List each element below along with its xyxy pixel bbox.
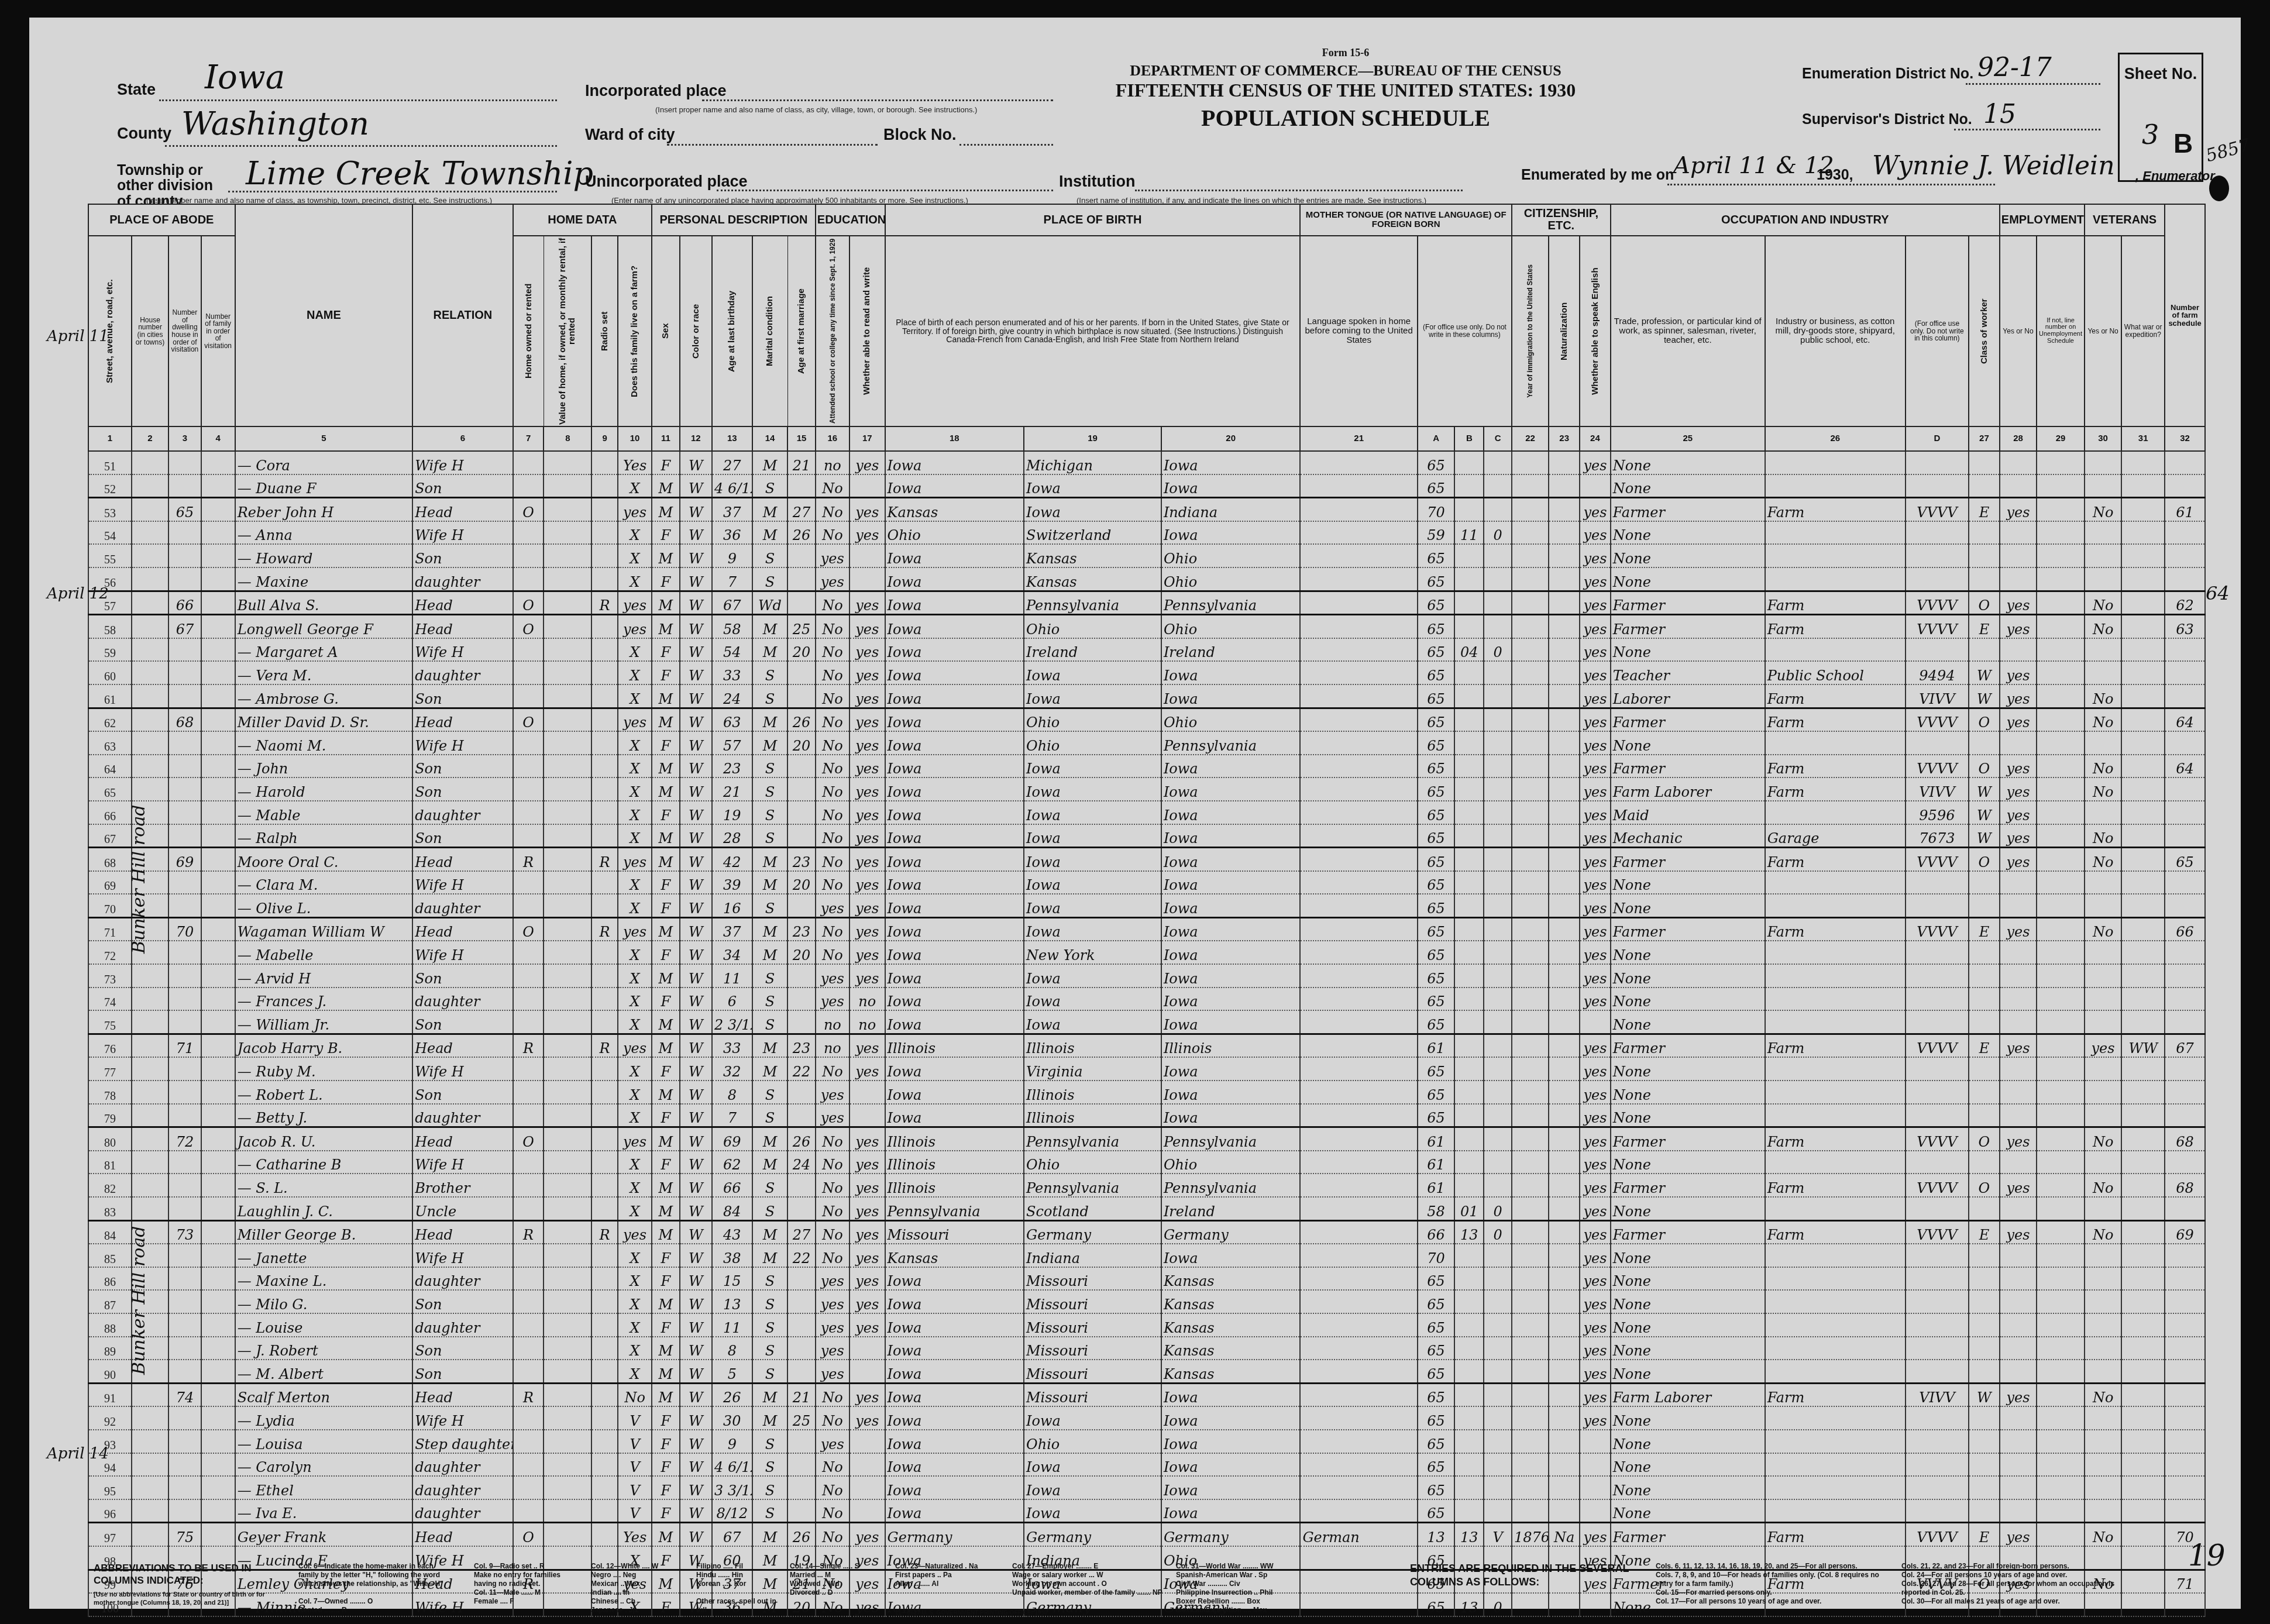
cell-code: VVVV xyxy=(1906,591,1969,615)
cell-natur xyxy=(1549,1010,1580,1034)
cell-relation: Wife H xyxy=(412,521,513,545)
cell-name: — Anna xyxy=(235,521,412,545)
cell-cB xyxy=(1454,1476,1484,1499)
state-line xyxy=(159,99,557,101)
cell-sex: M xyxy=(652,1337,679,1360)
census-row: 8072Jacob R. U.HeadOyesMW69M26NoyesIllin… xyxy=(88,1127,2205,1151)
block-line xyxy=(959,144,1053,146)
cell-cC xyxy=(1484,591,1512,615)
cell-school: No xyxy=(816,777,849,801)
cell-industry: Farm xyxy=(1765,1523,1906,1546)
cell-farm-sched xyxy=(2165,941,2205,964)
cell-occupation: None xyxy=(1611,451,1765,474)
cell-name: — Catharine B xyxy=(235,1151,412,1174)
cell-unemp xyxy=(2037,1313,2085,1337)
cell-owned xyxy=(513,1476,544,1499)
cell-family xyxy=(201,1010,235,1034)
cell-family xyxy=(201,871,235,894)
cell-mother: Iowa xyxy=(1161,1430,1301,1453)
cell-mother: Iowa xyxy=(1161,1010,1301,1034)
enumerator-name: Wynnie J. Weidlein xyxy=(1872,151,2115,181)
cell-class: W xyxy=(1969,801,2000,824)
cell-owned xyxy=(513,1197,544,1220)
cell-age-marr xyxy=(787,1360,816,1383)
cell-name: — Lydia xyxy=(235,1406,412,1430)
cell-war xyxy=(2121,1383,2165,1406)
cell-industry: Farm xyxy=(1765,615,1906,638)
cell-war xyxy=(2121,1360,2165,1383)
cell-tongue xyxy=(1300,1081,1418,1104)
cell-unemp xyxy=(2037,1081,2085,1104)
cell-radio xyxy=(591,1151,618,1174)
cell-english: yes xyxy=(1580,1337,1611,1360)
cell-tongue xyxy=(1300,521,1418,545)
cell-radio xyxy=(591,731,618,755)
cell-english: yes xyxy=(1580,988,1611,1011)
cell-race: W xyxy=(680,917,712,941)
cell-birth: Iowa xyxy=(885,824,1024,848)
group-place-of-abode: PLACE OF ABODE xyxy=(88,204,235,236)
cell-relation: daughter xyxy=(412,801,513,824)
cell-school: No xyxy=(816,1383,849,1406)
cell-birth: Iowa xyxy=(885,1499,1024,1523)
cell-marital: S xyxy=(752,801,788,824)
cell-age-marr: 20 xyxy=(787,638,816,662)
line-number: 81 xyxy=(88,1151,132,1174)
cell-english: yes xyxy=(1580,1244,1611,1267)
cell-age-marr xyxy=(787,894,816,917)
cell-english: yes xyxy=(1580,1313,1611,1337)
cell-work xyxy=(2000,1453,2037,1477)
cell-cA: 65 xyxy=(1418,1081,1454,1104)
cell-relation: Head xyxy=(412,1523,513,1546)
cell-family xyxy=(201,544,235,567)
cell-dwelling: 72 xyxy=(168,1127,201,1151)
cell-cB xyxy=(1454,1383,1484,1406)
cell-birth: Iowa xyxy=(885,1337,1024,1360)
cell-industry: Farm xyxy=(1765,917,1906,941)
cell-name: — Naomi M. xyxy=(235,731,412,755)
cell-race: W xyxy=(680,684,712,708)
col-9-header: Radio set xyxy=(591,236,618,426)
cell-class xyxy=(1969,474,2000,498)
cell-race: W xyxy=(680,1476,712,1499)
cell-value xyxy=(544,1034,591,1057)
cell-father: Iowa xyxy=(1024,917,1161,941)
cell-age: 21 xyxy=(712,777,752,801)
cell-house xyxy=(132,1383,168,1406)
cell-cA: 65 xyxy=(1418,1476,1454,1499)
cell-occupation: None xyxy=(1611,1010,1765,1034)
cell-mother: Ohio xyxy=(1161,615,1301,638)
cell-farm: X xyxy=(618,1151,652,1174)
cell-age: 7 xyxy=(712,1104,752,1127)
cell-race: W xyxy=(680,1151,712,1174)
sheet-label: Sheet No. xyxy=(2120,65,2202,83)
cell-unemp xyxy=(2037,591,2085,615)
cell-owned xyxy=(513,777,544,801)
cell-birth: Iowa xyxy=(885,1430,1024,1453)
cell-war xyxy=(2121,871,2165,894)
cell-sex: F xyxy=(652,1499,679,1523)
cell-farm-sched xyxy=(2165,1313,2205,1337)
cell-war xyxy=(2121,848,2165,871)
cell-sex: F xyxy=(652,1476,679,1499)
col-number: 24 xyxy=(1580,426,1611,451)
cell-marital: M xyxy=(752,731,788,755)
cell-birth: Iowa xyxy=(885,801,1024,824)
census-row: 89— J. RobertSonXMW8SyesIowaMissouriKans… xyxy=(88,1337,2205,1360)
cell-vet xyxy=(2085,894,2121,917)
cell-radio xyxy=(591,1057,618,1081)
cell-tongue xyxy=(1300,638,1418,662)
group-veterans: VETERANS xyxy=(2085,204,2165,236)
cell-immig xyxy=(1512,988,1549,1011)
cell-code: VVVV xyxy=(1906,1034,1969,1057)
cell-war xyxy=(2121,708,2165,731)
cell-vet: No xyxy=(2085,708,2121,731)
cell-immig xyxy=(1512,871,1549,894)
cell-birth: Illinois xyxy=(885,1174,1024,1197)
cell-relation: Uncle xyxy=(412,1197,513,1220)
cell-father: Iowa xyxy=(1024,1476,1161,1499)
cell-name: — Carolyn xyxy=(235,1453,412,1477)
cell-cC xyxy=(1484,1290,1512,1313)
cell-natur: Na xyxy=(1549,1523,1580,1546)
cell-industry: Farm xyxy=(1765,498,1906,521)
cell-read: yes xyxy=(849,521,885,545)
cell-immig xyxy=(1512,498,1549,521)
footer-col27: Col. 27—Employer ........ E Wage or sala… xyxy=(1012,1562,1164,1597)
cell-farm: X xyxy=(618,894,652,917)
form-number: Form 15-6 xyxy=(1024,47,1667,59)
cell-cA: 65 xyxy=(1418,451,1454,474)
cell-farm-sched xyxy=(2165,451,2205,474)
cell-birth: Kansas xyxy=(885,498,1024,521)
cell-cC xyxy=(1484,1267,1512,1291)
cell-relation: Head xyxy=(412,917,513,941)
cell-cB xyxy=(1454,615,1484,638)
cell-age-marr: 20 xyxy=(787,941,816,964)
cell-father: Indiana xyxy=(1024,1244,1161,1267)
cell-code xyxy=(1906,1476,1969,1499)
cell-immig xyxy=(1512,824,1549,848)
cell-tongue xyxy=(1300,1010,1418,1034)
cell-school: No xyxy=(816,1220,849,1244)
cell-class xyxy=(1969,871,2000,894)
cell-tongue xyxy=(1300,1313,1418,1337)
cell-birth: Iowa xyxy=(885,871,1024,894)
cell-farm: X xyxy=(618,661,652,684)
cell-name: — M. Albert xyxy=(235,1360,412,1383)
cell-unemp xyxy=(2037,1244,2085,1267)
enumeration-district-label: Enumeration District No. xyxy=(1802,66,1973,82)
cell-dwelling: 66 xyxy=(168,591,201,615)
cell-natur xyxy=(1549,1337,1580,1360)
cell-name: Laughlin J. C. xyxy=(235,1197,412,1220)
cell-cB xyxy=(1454,1290,1484,1313)
cell-english: yes xyxy=(1580,684,1611,708)
cell-read: yes xyxy=(849,824,885,848)
cell-owned: O xyxy=(513,1523,544,1546)
census-row: 73— Arvid HSonXMW11SyesyesIowaIowaIowa65… xyxy=(88,964,2205,988)
cell-sex: M xyxy=(652,1081,679,1104)
cell-sex: F xyxy=(652,1151,679,1174)
cell-war xyxy=(2121,1406,2165,1430)
cell-relation: daughter xyxy=(412,1453,513,1477)
cell-cB xyxy=(1454,661,1484,684)
cell-relation: Son xyxy=(412,684,513,708)
cell-father: Michigan xyxy=(1024,451,1161,474)
census-row: 56— MaxinedaughterXFW7SyesIowaKansasOhio… xyxy=(88,567,2205,591)
cell-occupation: None xyxy=(1611,1197,1765,1220)
cell-marital: S xyxy=(752,1010,788,1034)
cell-vet xyxy=(2085,474,2121,498)
cell-house xyxy=(132,1523,168,1546)
cell-value xyxy=(544,777,591,801)
cell-school: No xyxy=(816,755,849,778)
census-title: FIFTEENTH CENSUS OF THE UNITED STATES: 1… xyxy=(1024,80,1667,101)
census-row: 9775Geyer FrankHeadOYesMW67M26NoyesGerma… xyxy=(88,1523,2205,1546)
cell-code: VVVV xyxy=(1906,1220,1969,1244)
cell-owned xyxy=(513,1430,544,1453)
cell-tongue xyxy=(1300,1360,1418,1383)
cell-race: W xyxy=(680,1430,712,1453)
col-2-header: House number (in cities or towns) xyxy=(132,236,168,426)
cell-tongue xyxy=(1300,544,1418,567)
cell-birth: Iowa xyxy=(885,451,1024,474)
cell-cB: 13 xyxy=(1454,1220,1484,1244)
cell-age: 62 xyxy=(712,1151,752,1174)
incorporated-note: (Insert proper name and also name of cla… xyxy=(655,105,977,114)
cell-age: 33 xyxy=(712,1034,752,1057)
cell-relation: daughter xyxy=(412,988,513,1011)
cell-name: — Ethel xyxy=(235,1476,412,1499)
cell-cC xyxy=(1484,1244,1512,1267)
cell-mother: Iowa xyxy=(1161,661,1301,684)
census-row: 93— LouisaStep daughterVFW9SyesIowaOhioI… xyxy=(88,1430,2205,1453)
cell-war xyxy=(2121,777,2165,801)
cell-cA: 65 xyxy=(1418,941,1454,964)
cell-class: E xyxy=(1969,1523,2000,1546)
cell-mother: Ohio xyxy=(1161,544,1301,567)
cell-cB xyxy=(1454,684,1484,708)
cell-natur xyxy=(1549,1244,1580,1267)
cell-name: — Vera M. xyxy=(235,661,412,684)
cell-unemp xyxy=(2037,474,2085,498)
cell-farm: X xyxy=(618,1313,652,1337)
cell-family xyxy=(201,1383,235,1406)
cell-occupation: Farmer xyxy=(1611,615,1765,638)
cell-code xyxy=(1906,1499,1969,1523)
cell-birth: Iowa xyxy=(885,1476,1024,1499)
cell-occupation: None xyxy=(1611,1406,1765,1430)
cell-owned xyxy=(513,988,544,1011)
cell-cA: 61 xyxy=(1418,1034,1454,1057)
cell-cB xyxy=(1454,1057,1484,1081)
col-27-header: Class of worker xyxy=(1969,236,2000,426)
cell-value xyxy=(544,1151,591,1174)
cell-race: W xyxy=(680,964,712,988)
cell-unemp xyxy=(2037,1174,2085,1197)
cell-english: yes xyxy=(1580,1360,1611,1383)
cell-sex: F xyxy=(652,871,679,894)
cell-tongue xyxy=(1300,1220,1418,1244)
cell-cB xyxy=(1454,567,1484,591)
cell-read xyxy=(849,1337,885,1360)
line-number: 52 xyxy=(88,474,132,498)
cell-cA: 65 xyxy=(1418,544,1454,567)
cell-occupation: None xyxy=(1611,1151,1765,1174)
cell-dwelling: 68 xyxy=(168,708,201,731)
cell-cA: 65 xyxy=(1418,1406,1454,1430)
col-13-header: Age at last birthday xyxy=(712,236,752,426)
cell-cB xyxy=(1454,941,1484,964)
cell-war xyxy=(2121,801,2165,824)
cell-mother: Pennsylvania xyxy=(1161,1127,1301,1151)
cell-birth: Iowa xyxy=(885,1267,1024,1291)
cell-tongue xyxy=(1300,1406,1418,1430)
line-number: 89 xyxy=(88,1337,132,1360)
cell-marital: M xyxy=(752,941,788,964)
cell-owned xyxy=(513,1010,544,1034)
cell-occupation: None xyxy=(1611,474,1765,498)
cell-occupation: None xyxy=(1611,988,1765,1011)
cell-name: Moore Oral C. xyxy=(235,848,412,871)
cell-school: yes xyxy=(816,988,849,1011)
cell-farm: X xyxy=(618,1174,652,1197)
cell-cC xyxy=(1484,567,1512,591)
cell-race: W xyxy=(680,1406,712,1430)
cell-english: yes xyxy=(1580,567,1611,591)
cell-war xyxy=(2121,1197,2165,1220)
cell-birth: Iowa xyxy=(885,731,1024,755)
cell-vet: No xyxy=(2085,498,2121,521)
cell-natur xyxy=(1549,1360,1580,1383)
cell-vet xyxy=(2085,941,2121,964)
cell-race: W xyxy=(680,1244,712,1267)
cell-unemp xyxy=(2037,1383,2085,1406)
cell-natur xyxy=(1549,1151,1580,1174)
cell-immig xyxy=(1512,1081,1549,1104)
cell-unemp xyxy=(2037,941,2085,964)
col-number: B xyxy=(1454,426,1484,451)
cell-cC xyxy=(1484,1383,1512,1406)
cell-vet xyxy=(2085,1476,2121,1499)
cell-class: E xyxy=(1969,917,2000,941)
cell-vet: No xyxy=(2085,917,2121,941)
cell-owned: R xyxy=(513,848,544,871)
cell-code xyxy=(1906,1313,1969,1337)
cell-name: Reber John H xyxy=(235,498,412,521)
cell-tongue xyxy=(1300,1034,1418,1057)
cell-relation: daughter xyxy=(412,1499,513,1523)
cell-sex: M xyxy=(652,1360,679,1383)
cell-cB: 01 xyxy=(1454,1197,1484,1220)
enumerated-label: Enumerated by me on xyxy=(1521,167,1674,184)
cell-mother: Iowa xyxy=(1161,801,1301,824)
cell-occupation: Farmer xyxy=(1611,498,1765,521)
cell-dwelling xyxy=(168,1360,201,1383)
cell-unemp xyxy=(2037,1360,2085,1383)
cell-name: Miller George B. xyxy=(235,1220,412,1244)
cell-age: 26 xyxy=(712,1383,752,1406)
cell-sex: M xyxy=(652,755,679,778)
col-number: 18 xyxy=(885,426,1024,451)
group-home-data: HOME DATA xyxy=(513,204,652,236)
cell-cC: 0 xyxy=(1484,638,1512,662)
cell-immig xyxy=(1512,1360,1549,1383)
cell-sex: F xyxy=(652,1057,679,1081)
cell-cB xyxy=(1454,1313,1484,1337)
cell-age: 33 xyxy=(712,661,752,684)
cell-school: No xyxy=(816,1244,849,1267)
cell-owned xyxy=(513,894,544,917)
cell-sex: M xyxy=(652,1010,679,1034)
cell-relation: Son xyxy=(412,964,513,988)
group-education: EDUCATION xyxy=(816,204,885,236)
cell-class xyxy=(1969,567,2000,591)
line-number: 70 xyxy=(88,894,132,917)
cell-birth: Iowa xyxy=(885,1360,1024,1383)
cell-industry xyxy=(1765,544,1906,567)
cell-immig xyxy=(1512,1290,1549,1313)
cell-birth: Iowa xyxy=(885,755,1024,778)
cell-cB xyxy=(1454,1430,1484,1453)
cell-sex: M xyxy=(652,544,679,567)
group-relation: RELATION xyxy=(412,204,513,426)
cell-house xyxy=(132,521,168,545)
cell-cA: 65 xyxy=(1418,755,1454,778)
cell-mother: Iowa xyxy=(1161,451,1301,474)
cell-marital: M xyxy=(752,451,788,474)
cell-cC: V xyxy=(1484,1523,1512,1546)
census-row: 72— MabelleWife HXFW34M20NoyesIowaNew Yo… xyxy=(88,941,2205,964)
cell-occupation: None xyxy=(1611,1081,1765,1104)
col-21-header: Language spoken in home before coming to… xyxy=(1300,236,1418,426)
unincorporated-label: Unincorporated place xyxy=(585,173,748,191)
cell-owned: O xyxy=(513,498,544,521)
cell-house xyxy=(132,1499,168,1523)
cell-code xyxy=(1906,1081,1969,1104)
cell-read: yes xyxy=(849,1244,885,1267)
cell-dwelling xyxy=(168,964,201,988)
cell-read xyxy=(849,1499,885,1523)
cell-english: yes xyxy=(1580,521,1611,545)
cell-farm-sched xyxy=(2165,1593,2205,1616)
cell-relation: Wife H xyxy=(412,1151,513,1174)
cell-radio xyxy=(591,708,618,731)
cell-farm: V xyxy=(618,1476,652,1499)
cell-race: W xyxy=(680,615,712,638)
cell-marital: S xyxy=(752,777,788,801)
cell-industry xyxy=(1765,871,1906,894)
cell-father: Iowa xyxy=(1024,1499,1161,1523)
cell-sex: M xyxy=(652,824,679,848)
cell-cA: 65 xyxy=(1418,567,1454,591)
cell-age-marr: 21 xyxy=(787,451,816,474)
cell-mother: Germany xyxy=(1161,1523,1301,1546)
cell-immig xyxy=(1512,941,1549,964)
cell-family xyxy=(201,1499,235,1523)
cell-marital: M xyxy=(752,521,788,545)
census-row: 86— Maxine L.daughterXFW15SyesyesIowaMis… xyxy=(88,1267,2205,1291)
line-number: 96 xyxy=(88,1499,132,1523)
cell-birth: Iowa xyxy=(885,1383,1024,1406)
cell-dwelling xyxy=(168,1174,201,1197)
cell-vet: No xyxy=(2085,824,2121,848)
cell-immig xyxy=(1512,474,1549,498)
